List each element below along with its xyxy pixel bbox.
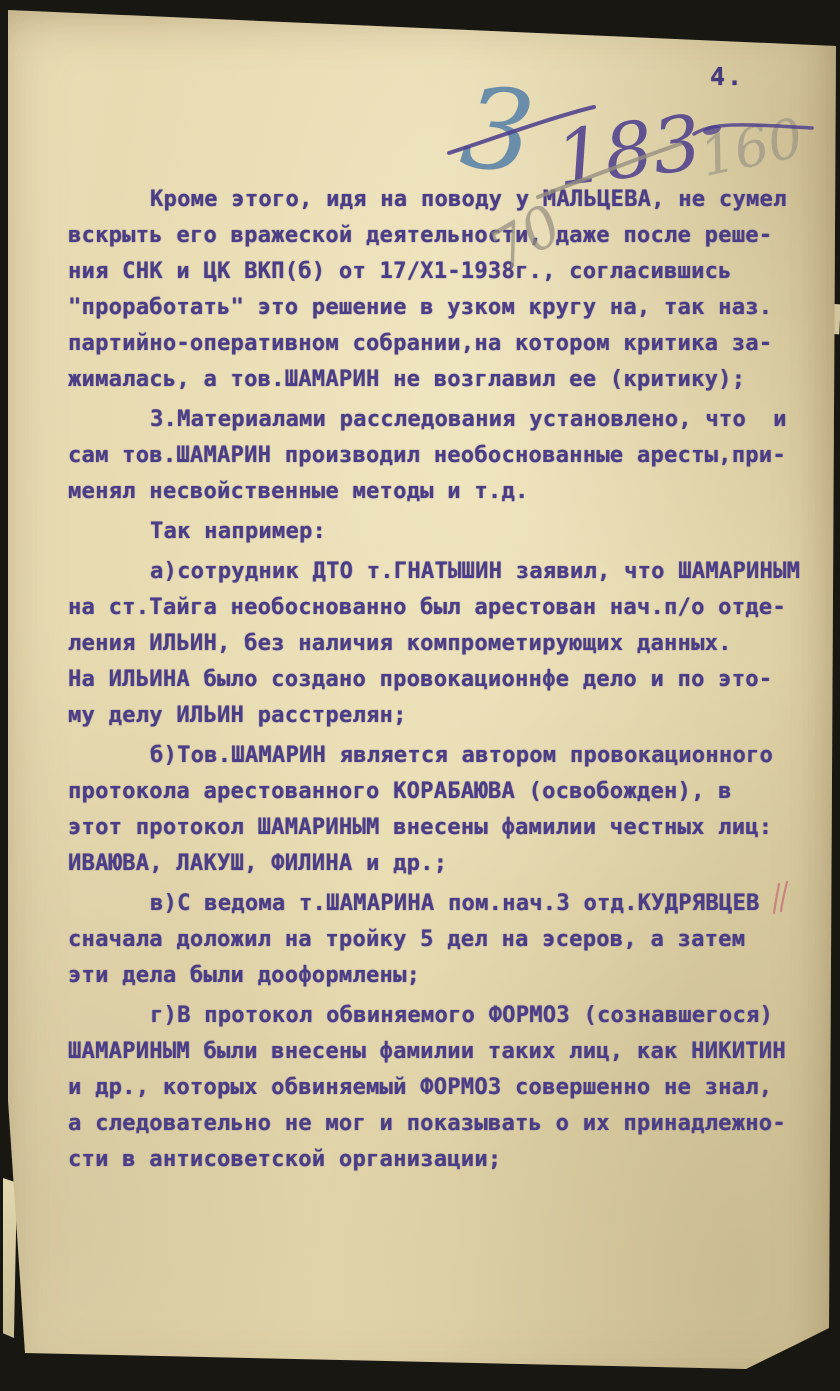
text-line: протокола арестованного КОРАБАЮВА (освоб…	[68, 774, 808, 810]
handwritten-number-blue: 3	[455, 63, 539, 200]
text-line: этот протокол ШАМАРИНЫМ внесены фамилии …	[68, 810, 808, 846]
text-line: сам тов.ШАМАРИН производил необоснованны…	[68, 438, 808, 474]
text-line: жималась, а тов.ШАМАРИН не возглавил ее …	[68, 362, 808, 398]
typewritten-text: Кроме этого, идя на поводу у МАЛЬЦЕВА, н…	[68, 182, 808, 1178]
text-line: На ИЛЬИНА было создано провокационнфе де…	[68, 662, 808, 698]
text-line: ШАМАРИНЫМ были внесены фамилии таких лиц…	[68, 1034, 808, 1070]
text-line: сти в антисоветской организации;	[68, 1142, 808, 1178]
text-line: эти дела были дооформлены;	[68, 958, 808, 994]
text-line: в)С ведома т.ШАМАРИНА пом.нач.3 отд.КУДР…	[68, 886, 808, 922]
text-line: на ст.Тайга необоснованно был арестован …	[68, 590, 808, 626]
text-line: менял несвойственные методы и т.д.	[68, 474, 808, 510]
text-line: вскрыть его вражеской деятельности, даже…	[68, 218, 808, 254]
text-line: б)Тов.ШАМАРИН является автором провокаци…	[68, 738, 808, 774]
page-number: 4.	[710, 62, 744, 91]
text-line: Кроме этого, идя на поводу у МАЛЬЦЕВА, н…	[68, 182, 808, 218]
text-line: ния СНК и ЦК ВКП(б) от 17/Х1-1938г., сог…	[68, 254, 808, 290]
text-line: а следовательно не мог и показывать о их…	[68, 1106, 808, 1142]
text-line: "проработать" это решение в узком кругу …	[68, 290, 808, 326]
text-line: ления ИЛЬИН, без наличия компрометирующи…	[68, 626, 808, 662]
text-line: ИВАЮВА, ЛАКУШ, ФИЛИНА и др.;	[68, 846, 808, 882]
text-line: г)В протокол обвиняемого ФОРМОЗ (сознавш…	[68, 998, 808, 1034]
handwritten-number-ink-183: 183	[551, 97, 706, 203]
text-line: Так например:	[68, 514, 808, 550]
text-line: а)сотрудник ДТО т.ГНАТЫШИН заявил, что Ш…	[68, 554, 808, 590]
text-line: и др., которых обвиняемый ФОРМОЗ соверше…	[68, 1070, 808, 1106]
text-line: му делу ИЛЬИН расстрелян;	[68, 698, 808, 734]
text-line: 3.Материалами расследования установлено,…	[68, 402, 808, 438]
text-line: сначала доложил на тройку 5 дел на эсеро…	[68, 922, 808, 958]
text-line: партийно-оперативном собрании,на котором…	[68, 326, 808, 362]
